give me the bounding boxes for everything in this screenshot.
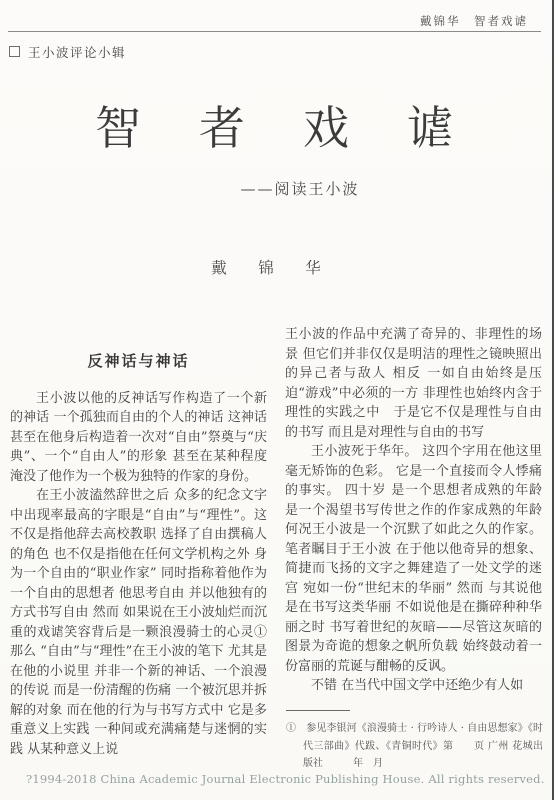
running-header-text: 戴锦华 智者戏谑 (420, 14, 528, 28)
paragraph: 在王小波溘然辞世之后 众多的纪念文字中出现率最高的字眼是“自由”与“理性”。这不… (10, 486, 267, 759)
series-label-text: 王小波评论小辑 (28, 43, 126, 61)
paragraph: 不错 在当代中国文学中还绝少有人如 (285, 676, 542, 696)
paragraph: 王小波的作品中充满了奇异的、非理性的场景 但它们并非仅仅是明洁的理性之镜映照出的… (285, 325, 542, 442)
article-subtitle: ——阅读王小波 (46, 178, 554, 199)
footnote-rule (286, 710, 350, 711)
header-rule (8, 31, 541, 32)
series-label: 王小波评论小辑 (9, 43, 126, 61)
footnote: ① 参见李银河《浪漫骑士 · 行吟诗人 · 自由思想家》《时代三部曲》代跋、《青… (286, 710, 543, 773)
section-heading: 反神话与神话 (10, 352, 267, 372)
square-bullet-icon (9, 46, 20, 57)
paragraph: 王小波死于华年。 这四个字用在他这里毫无矫饰的色彩。 它是一个直接而令人悸痛的事… (285, 442, 542, 676)
article-title: 智 者 戏 谑 (0, 92, 554, 158)
paragraph: 王小波以他的反神话写作构造了一个新的神话 一个孤独而自由的个人的神话 这神话甚至… (10, 389, 267, 487)
left-column: 反神话与神话 王小波以他的反神话写作构造了一个新的神话 一个孤独而自由的个人的神… (10, 320, 267, 759)
copyright-watermark: ?1994-2018 China Academic Journal Electr… (26, 771, 554, 787)
right-column: 王小波的作品中充满了奇异的、非理性的场景 但它们并非仅仅是明洁的理性之镜映照出的… (285, 320, 542, 759)
body-columns: 反神话与神话 王小波以他的反神话写作构造了一个新的神话 一个孤独而自由的个人的神… (10, 320, 542, 759)
running-header: 戴锦华 智者戏谑 (420, 13, 528, 29)
footnote-text: ① 参见李银河《浪漫骑士 · 行吟诗人 · 自由思想家》《时代三部曲》代跋、《青… (286, 720, 543, 773)
scanned-journal-page: 戴锦华 智者戏谑 王小波评论小辑 智 者 戏 谑 ——阅读王小波 戴 锦 华 反… (0, 0, 554, 800)
author-name: 戴 锦 华 (0, 256, 540, 278)
